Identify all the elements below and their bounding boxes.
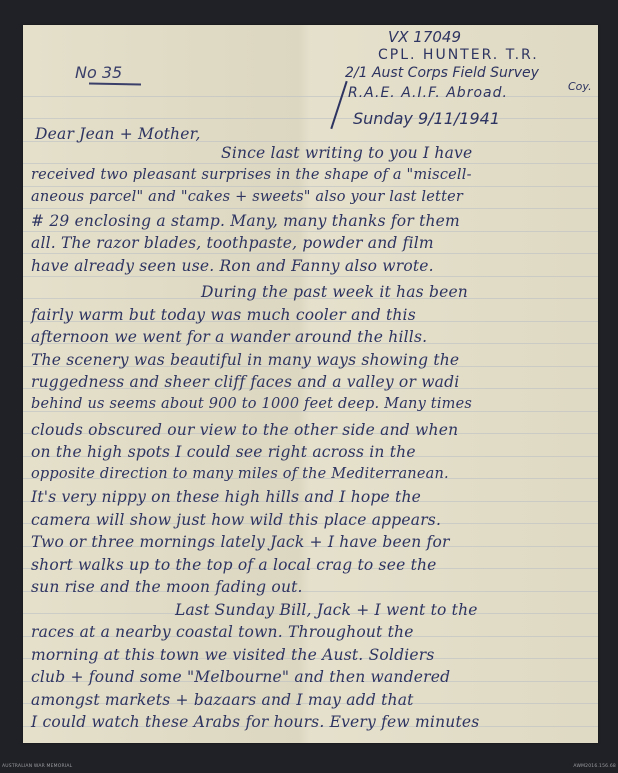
body-line: ruggedness and sheer cliff faces and a v… (31, 373, 459, 391)
body-line: have already seen use. Ron and Fanny als… (31, 257, 434, 275)
body-line: aneous parcel" and "cakes + sweets" also… (31, 189, 463, 205)
ruling-line (23, 118, 598, 119)
letter-number-underline (89, 83, 141, 86)
body-line: morning at this town we visited the Aust… (31, 646, 435, 664)
body-line: Since last writing to you I have (221, 144, 472, 162)
body-line: Last Sunday Bill, Jack + I went to the (175, 601, 478, 619)
letter-number: No 35 (75, 63, 122, 82)
body-line: on the high spots I could see right acro… (31, 443, 416, 461)
body-line: behind us seems about 900 to 1000 feet d… (31, 396, 472, 412)
body-line: During the past week it has been (201, 283, 468, 301)
address-bracket (330, 81, 347, 129)
body-line: received two pleasant surprises in the s… (31, 167, 472, 183)
body-line: short walks up to the top of a local cra… (31, 556, 437, 574)
unit-line-1-suffix: Coy. (568, 80, 592, 93)
ruling-line (23, 276, 598, 277)
body-line: sun rise and the moon fading out. (31, 578, 303, 596)
salutation: Dear Jean + Mother, (35, 125, 201, 143)
body-line: I could watch these Arabs for hours. Eve… (31, 713, 479, 731)
ruling-line (23, 186, 598, 187)
ruling-line (23, 208, 598, 209)
body-line: The scenery was beautiful in many ways s… (31, 351, 459, 369)
body-line: all. The razor blades, toothpaste, powde… (31, 234, 434, 252)
unit-line-1: 2/1 Aust Corps Field Survey (345, 65, 539, 81)
ruling-line (23, 163, 598, 164)
ruling-line (23, 253, 598, 254)
ruling-line (23, 231, 598, 232)
unit-line-2: R.A.E. A.I.F. Abroad. (348, 85, 508, 101)
letter-page: No 35 VX 17049 CPL. HUNTER. T.R. 2/1 Aus… (23, 25, 598, 743)
body-line: amongst markets + bazaars and I may add … (31, 691, 414, 709)
body-line: afternoon we went for a wander around th… (31, 328, 427, 346)
service-number: VX 17049 (388, 28, 461, 46)
body-line: # 29 enclosing a stamp. Many, many thank… (31, 212, 460, 230)
body-line: clouds obscured our view to the other si… (31, 421, 458, 439)
footer-credit: AUSTRALIAN WAR MEMORIAL (2, 764, 72, 769)
letter-date: Sunday 9/11/1941 (353, 109, 500, 128)
body-line: club + found some "Melbourne" and then w… (31, 668, 450, 686)
body-line: camera will show just how wild this plac… (31, 511, 441, 529)
body-line: fairly warm but today was much cooler an… (31, 306, 416, 324)
ruling-line (23, 96, 598, 97)
body-line: races at a nearby coastal town. Througho… (31, 623, 414, 641)
body-line: opposite direction to many miles of the … (31, 466, 449, 482)
body-line: Two or three mornings lately Jack + I ha… (31, 533, 450, 551)
body-line: It's very nippy on these high hills and … (31, 488, 421, 506)
rank-name: CPL. HUNTER. T.R. (378, 47, 539, 63)
footer-accession-number: AWM2016.156.68 (573, 764, 616, 769)
